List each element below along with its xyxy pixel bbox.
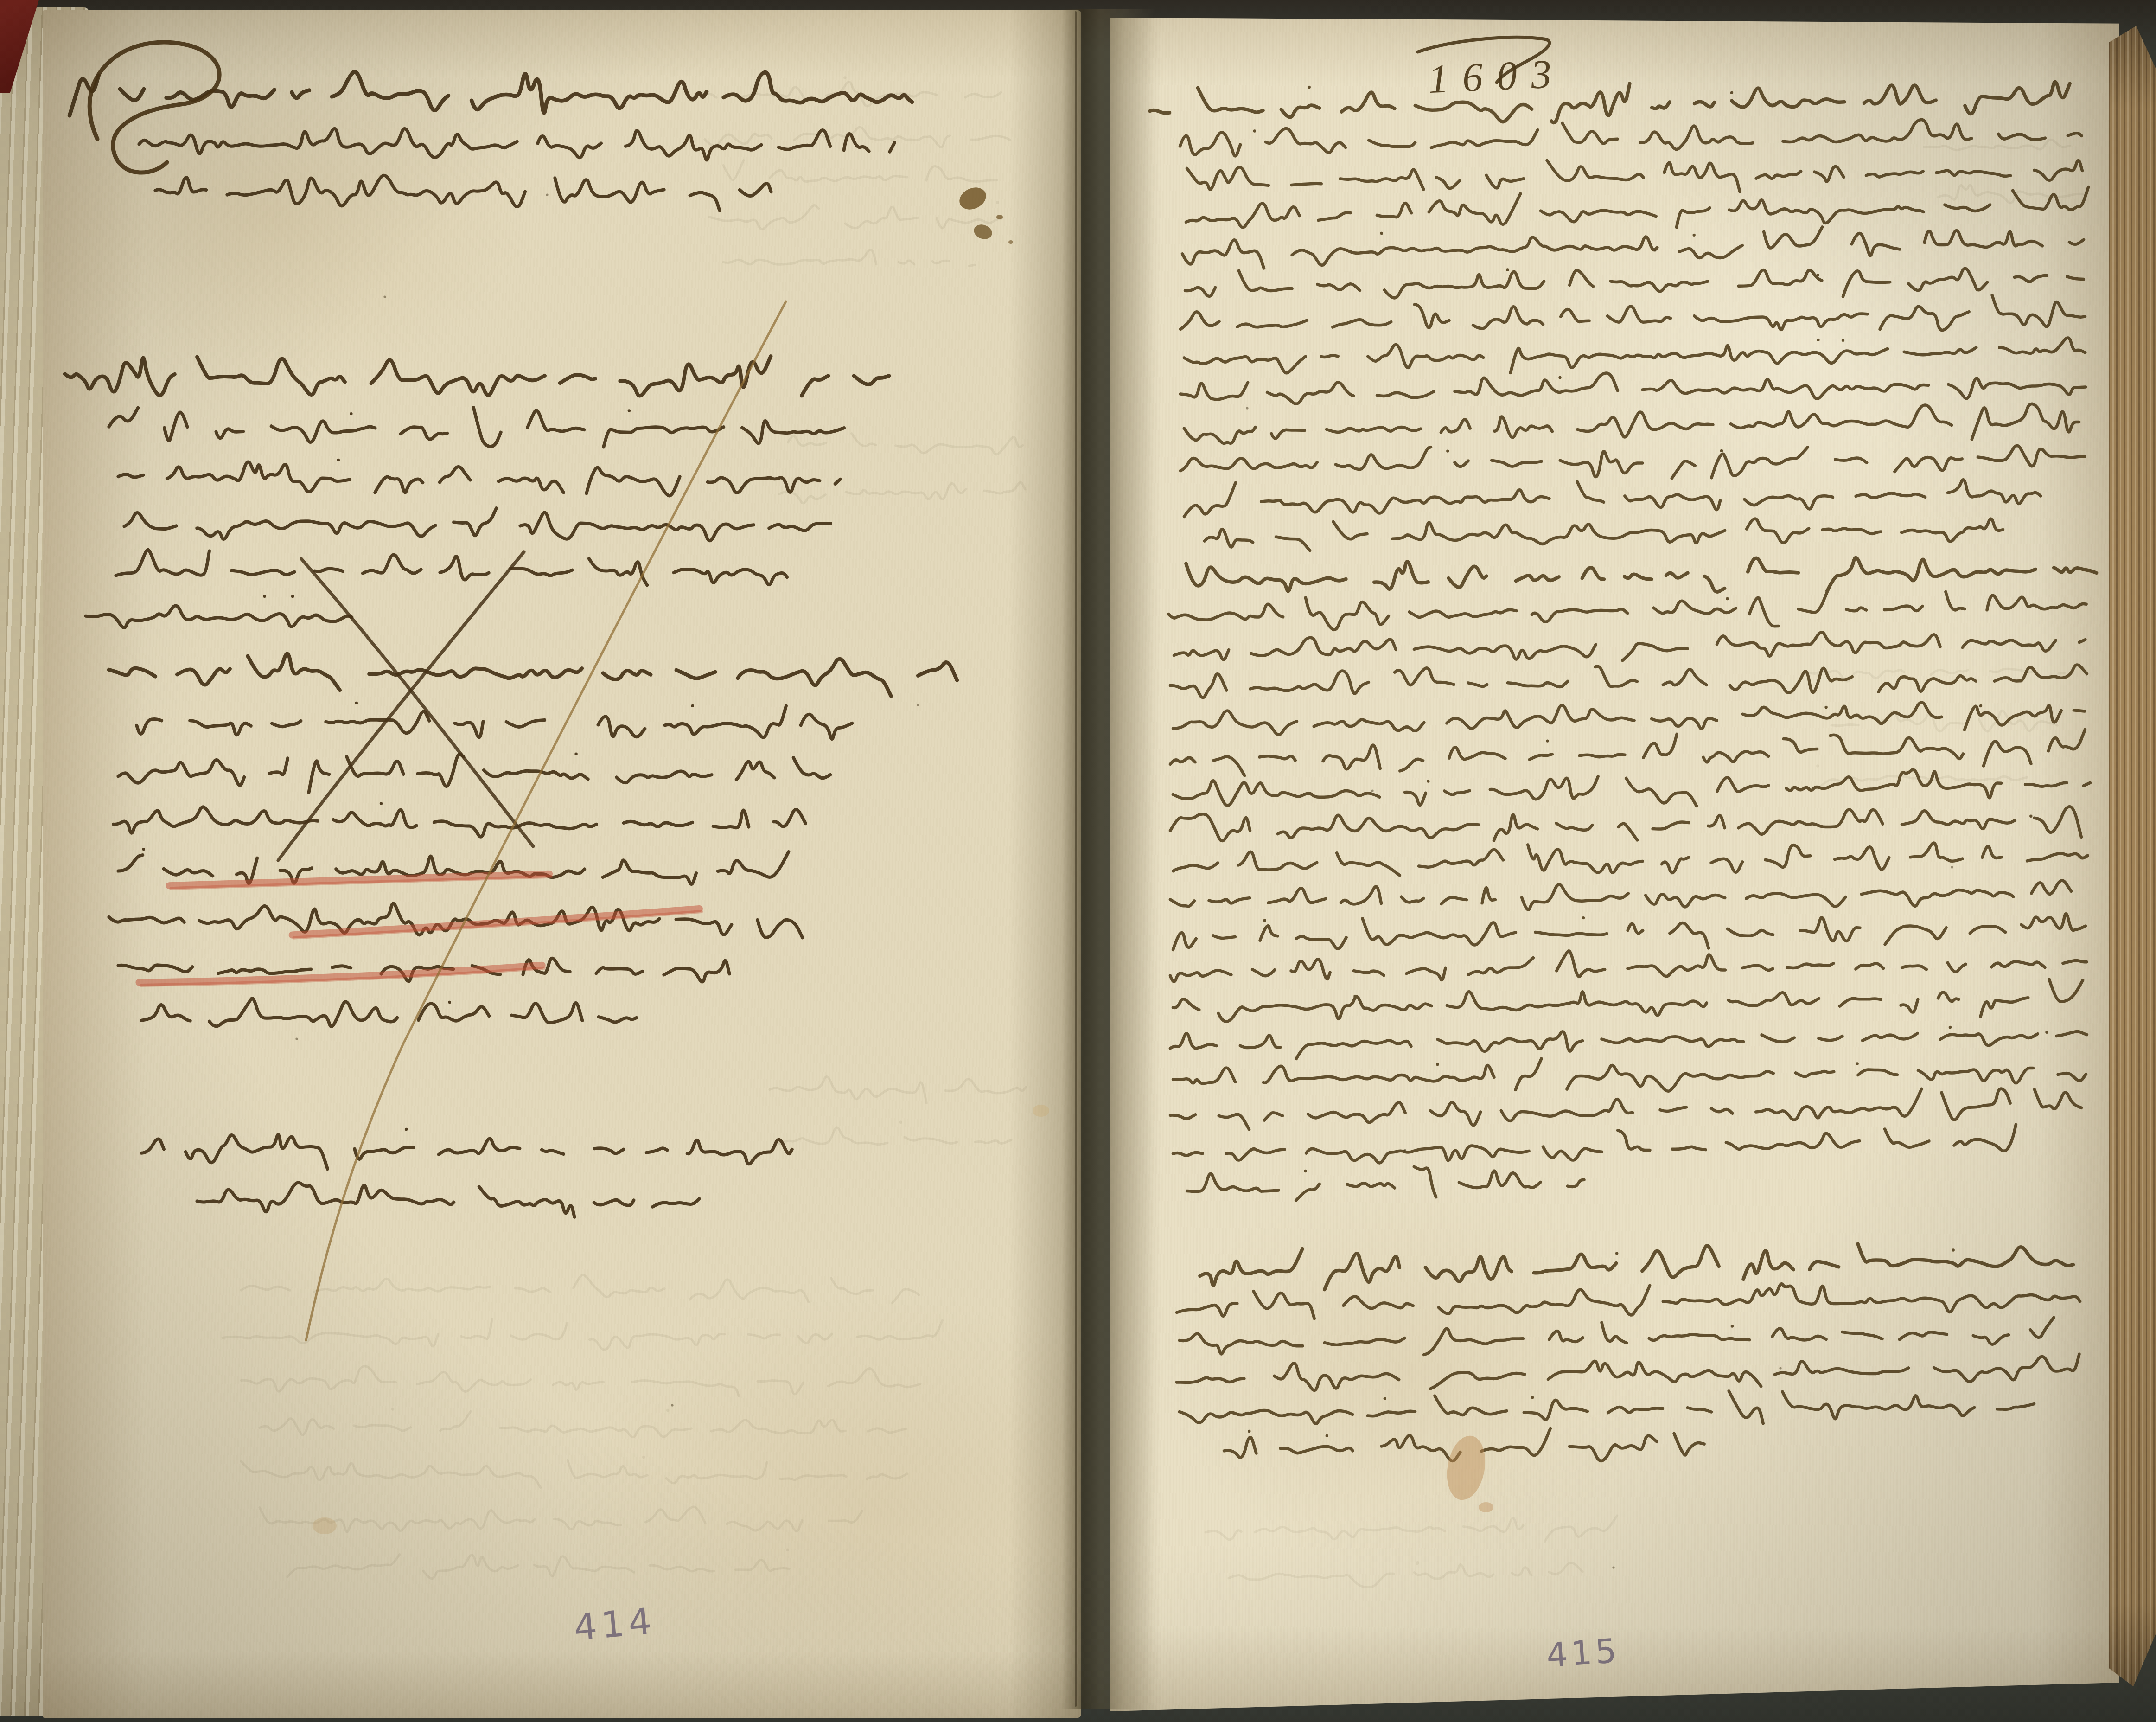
manuscript-line <box>1578 412 1713 437</box>
diacritic-dot <box>1506 268 1509 271</box>
manuscript-line <box>440 1411 471 1431</box>
diacritic-dot <box>1326 1434 1328 1437</box>
manuscript-line <box>1414 645 1596 659</box>
manuscript-photograph: 1603 414 415 Letha 1603 <box>0 0 2156 1722</box>
manuscript-line <box>1611 281 1708 291</box>
diacritic-dot <box>1952 1248 1955 1251</box>
manuscript-line <box>650 1565 714 1571</box>
diacritic-dot <box>786 1548 789 1551</box>
manuscript-line <box>1711 859 1742 872</box>
manuscript-line <box>1170 674 1226 698</box>
manuscript-line <box>1569 1436 1657 1461</box>
right-page-number: 415 <box>1545 1631 1621 1675</box>
diacritic-dot <box>899 1121 902 1124</box>
diacritic-dot <box>291 595 294 598</box>
manuscript-line <box>2034 160 2082 180</box>
manuscript-line <box>440 557 489 580</box>
manuscript-line <box>1414 1564 1493 1579</box>
manuscript-line <box>774 809 805 826</box>
manuscript-line <box>1970 926 2005 933</box>
manuscript-line <box>1560 451 1642 477</box>
manuscript-line <box>241 1366 396 1391</box>
manuscript-line <box>260 1419 334 1435</box>
manuscript-line <box>1902 966 1926 969</box>
manuscript-line <box>1766 845 1811 867</box>
manuscript-line <box>1528 845 1642 873</box>
manuscript-line <box>708 478 819 493</box>
manuscript-line <box>1925 230 2042 247</box>
manuscript-line <box>1652 718 1717 729</box>
ink-blot <box>996 215 1003 219</box>
manuscript-line <box>1549 1331 1583 1342</box>
manuscript-line <box>1429 194 1520 224</box>
manuscript-line <box>1973 1335 2009 1344</box>
manuscript-line <box>1306 598 1389 630</box>
manuscript-line <box>1677 208 1710 227</box>
manuscript-line <box>1995 665 2087 681</box>
manuscript-line <box>598 717 645 737</box>
manuscript-line <box>1784 739 1817 752</box>
manuscript-line <box>1296 1184 1320 1200</box>
manuscript-line <box>418 754 464 786</box>
manuscript-line <box>1219 1114 1249 1129</box>
manuscript-line <box>363 555 421 573</box>
manuscript-line <box>1731 405 1952 428</box>
manuscript-line <box>1180 458 1317 471</box>
manuscript-line <box>779 492 826 503</box>
manuscript-line <box>2054 568 2097 573</box>
manuscript-line <box>1541 211 1656 222</box>
manuscript-line <box>1987 595 2086 610</box>
manuscript-line <box>975 1140 1011 1143</box>
manuscript-line <box>210 999 397 1027</box>
manuscript-line <box>314 1279 490 1292</box>
manuscript-line <box>1494 417 1552 438</box>
manuscript-line <box>1879 676 1976 692</box>
manuscript-line <box>1884 606 1922 611</box>
manuscript-line <box>355 1147 414 1159</box>
paper-speck <box>1612 1566 1614 1568</box>
manuscript-line <box>857 1320 942 1339</box>
manuscript-line <box>1198 88 1263 112</box>
manuscript-line <box>1602 1323 1627 1343</box>
manuscript-line <box>1945 205 1990 211</box>
paper-speck <box>917 704 919 706</box>
manuscript-line <box>1595 666 1637 687</box>
manuscript-line <box>1218 997 1432 1022</box>
manuscript-line <box>1327 427 1421 432</box>
manuscript-line <box>1894 457 1962 472</box>
manuscript-line <box>1392 522 1725 544</box>
manuscript-line <box>1224 1437 1256 1457</box>
manuscript-line <box>401 427 447 439</box>
manuscript-line <box>1468 683 1487 686</box>
manuscript-line <box>852 434 876 446</box>
manuscript-line <box>118 855 143 871</box>
manuscript-line <box>770 170 907 181</box>
manuscript-line <box>1628 924 1643 934</box>
manuscript-line <box>1808 670 1904 681</box>
manuscript-line <box>1377 203 1411 217</box>
cross-out-stroke-2 <box>278 552 524 860</box>
manuscript-line <box>1291 959 1330 979</box>
manuscript-line <box>1444 791 1469 795</box>
manuscript-line <box>1508 681 1568 687</box>
manuscript-line <box>454 508 497 536</box>
diacritic-dot <box>380 802 383 805</box>
manuscript-line <box>1642 1246 1719 1277</box>
diacritic-dot <box>1446 449 1449 452</box>
manuscript-line <box>1292 184 1321 185</box>
diacritic-dot <box>263 595 266 598</box>
manuscript-line <box>1449 747 1505 759</box>
manuscript-line <box>1182 240 1264 268</box>
manuscript-line <box>574 1275 664 1297</box>
manuscript-line <box>1318 213 1350 220</box>
manuscript-line <box>164 869 213 876</box>
manuscript-line <box>1254 1291 1314 1319</box>
diacritic-dot <box>391 1408 394 1410</box>
manuscript-line <box>1344 1297 1413 1309</box>
manuscript-line <box>1652 102 1670 109</box>
manuscript-line <box>1170 970 1231 981</box>
manuscript-line <box>1532 609 1627 622</box>
manuscript-line <box>1340 170 1424 190</box>
manuscript-line <box>1177 1304 1237 1316</box>
manuscript-line <box>893 1289 919 1303</box>
manuscript-line <box>1447 705 1634 729</box>
manuscript-line <box>1827 558 2035 591</box>
manuscript-line <box>724 72 912 102</box>
manuscript-line <box>1831 735 1963 759</box>
diacritic-dot <box>405 1128 408 1131</box>
manuscript-line <box>723 250 876 265</box>
manuscript-line <box>1264 1113 1282 1120</box>
manuscript-line <box>1347 1184 1395 1188</box>
manuscript-line <box>770 1077 926 1103</box>
manuscript-line <box>1991 961 2045 967</box>
manuscript-line <box>553 1382 604 1390</box>
manuscript-line <box>1997 1404 2034 1409</box>
manuscript-line <box>1618 1130 1650 1150</box>
paper-speck <box>546 193 548 196</box>
manuscript-line <box>1534 1254 1617 1273</box>
manuscript-line <box>828 1369 920 1387</box>
diacritic-dot <box>642 1456 645 1459</box>
manuscript-line <box>1180 133 1240 156</box>
manuscript-line <box>846 483 966 499</box>
manuscript-line <box>419 1004 489 1021</box>
manuscript-line <box>1354 971 1384 975</box>
ink-blot <box>1033 1105 1049 1117</box>
manuscript-line <box>223 1333 438 1346</box>
manuscript-line <box>248 654 340 690</box>
manuscript-line <box>1314 719 1424 730</box>
manuscript-line <box>1900 1332 1947 1339</box>
manuscript-line <box>1708 815 1725 828</box>
manuscript-line <box>1695 102 1715 107</box>
manuscript-line <box>1679 245 1742 258</box>
paper-speck <box>671 1404 673 1406</box>
manuscript-line <box>594 1200 634 1205</box>
manuscript-line <box>1240 1035 1280 1048</box>
manuscript-line <box>1607 306 1671 322</box>
manuscript-line <box>500 1426 691 1437</box>
manuscript-line <box>1978 446 2085 466</box>
manuscript-line <box>1455 373 1618 396</box>
manuscript-line <box>260 1508 535 1532</box>
manuscript-line <box>2013 187 2088 210</box>
manuscript-line <box>1341 92 1395 112</box>
manuscript-line <box>542 1150 564 1154</box>
diacritic-dot <box>1531 1396 1534 1399</box>
handwriting-layer <box>0 0 2156 1722</box>
manuscript-line <box>1783 120 1971 142</box>
manuscript-line <box>1407 968 1446 980</box>
manuscript-line <box>1880 307 1969 330</box>
manuscript-line <box>1654 601 1736 614</box>
diacritic-dot <box>2029 815 2032 818</box>
manuscript-line <box>1174 650 1229 659</box>
manuscript-line <box>945 1079 1026 1093</box>
manuscript-line <box>1369 140 1415 147</box>
manuscript-line <box>2059 673 2065 674</box>
manuscript-line <box>1972 404 2079 439</box>
manuscript-line <box>2049 979 2083 1001</box>
manuscript-line <box>801 714 852 739</box>
manuscript-line <box>829 1511 862 1523</box>
manuscript-line <box>1739 270 1822 286</box>
manuscript-line <box>1516 576 1559 581</box>
manuscript-line <box>2035 1089 2081 1109</box>
manuscript-line <box>315 569 343 571</box>
manuscript-line <box>1384 272 1544 298</box>
manuscript-line <box>1843 271 1890 296</box>
manuscript-line <box>1186 563 1346 591</box>
manuscript-line <box>1885 926 1946 945</box>
manuscript-line <box>1562 123 1617 144</box>
manuscript-line <box>835 479 840 484</box>
manuscript-line <box>1856 963 1884 969</box>
manuscript-line <box>1663 669 1707 685</box>
manuscript-line <box>520 512 754 541</box>
manuscript-line <box>1910 843 1962 861</box>
manuscript-line <box>1948 480 2041 504</box>
manuscript-line <box>664 960 729 982</box>
manuscript-line <box>2063 960 2086 963</box>
manuscript-line <box>1368 345 1483 368</box>
diacritic-dot <box>1615 1252 1618 1255</box>
manuscript-line <box>1184 483 1236 517</box>
manuscript-line <box>528 410 584 431</box>
manuscript-line <box>1561 309 1589 322</box>
manuscript-line <box>626 130 762 160</box>
diacritic-dot <box>996 201 999 204</box>
manuscript-line <box>1439 1286 1650 1315</box>
manuscript-line <box>109 408 138 427</box>
manuscript-line <box>1292 237 1658 265</box>
manuscript-line <box>1180 1410 1352 1424</box>
manuscript-line <box>139 128 517 157</box>
manuscript-line <box>844 134 869 152</box>
manuscript-line <box>937 218 1002 228</box>
manuscript-line <box>590 1334 725 1350</box>
manuscript-line <box>185 1135 327 1169</box>
manuscript-line <box>1341 887 1381 904</box>
manuscript-line <box>1395 668 1454 685</box>
manuscript-line <box>1170 758 1195 764</box>
manuscript-line <box>1981 998 2028 1017</box>
manuscript-line <box>1810 1261 1839 1269</box>
manuscript-line <box>1184 357 1306 373</box>
manuscript-line <box>1170 900 1194 907</box>
paper-specks <box>295 193 1953 1568</box>
manuscript-line <box>375 477 423 493</box>
manuscript-line <box>484 770 588 779</box>
manuscript-line <box>1501 1099 1633 1121</box>
manuscript-line <box>1948 378 2086 398</box>
manuscript-line <box>137 719 162 734</box>
manuscript-line <box>1625 574 1652 579</box>
manuscript-line <box>1401 897 1423 903</box>
diacritic-dot <box>1731 1325 1734 1327</box>
manuscript-line <box>232 570 294 575</box>
manuscript-line <box>1747 519 1809 543</box>
manuscript-line <box>1271 430 1305 438</box>
manuscript-line <box>1622 644 1687 661</box>
manuscript-line <box>218 969 311 973</box>
paper-speck <box>295 1037 298 1040</box>
left-ghost-text <box>223 76 1026 1579</box>
manuscript-line <box>713 810 749 828</box>
manuscript-line <box>1229 1574 1394 1587</box>
ink-blot <box>313 1517 337 1534</box>
manuscript-line <box>1170 1114 1195 1119</box>
manuscript-line <box>1711 447 1807 478</box>
manuscript-line <box>646 1507 706 1523</box>
manuscript-line <box>1749 598 1778 627</box>
manuscript-line <box>899 261 914 264</box>
manuscript-line <box>868 1428 906 1433</box>
manuscript-line <box>1455 461 1468 467</box>
manuscript-line <box>1885 1129 1929 1147</box>
manuscript-line <box>1251 638 1396 656</box>
manuscript-line <box>1226 1149 1285 1160</box>
diacritic-dot <box>1558 376 1561 379</box>
diacritic-dot <box>1856 1062 1858 1065</box>
manuscript-line <box>287 1555 400 1577</box>
manuscript-line <box>2034 807 2081 837</box>
manuscript-line <box>1545 1516 1617 1542</box>
manuscript-line <box>594 1148 624 1153</box>
manuscript-line <box>1173 933 1196 950</box>
manuscript-line <box>1938 992 1958 1001</box>
manuscript-line <box>1982 846 2002 858</box>
manuscript-line <box>890 143 894 152</box>
manuscript-line <box>1937 171 2010 176</box>
manuscript-line <box>653 1199 700 1207</box>
manuscript-line <box>1173 711 1297 735</box>
manuscript-line <box>1840 999 1881 1006</box>
diacritic-dot <box>1416 1562 1418 1565</box>
manuscript-line <box>2058 1073 2086 1081</box>
manuscript-line <box>905 1137 957 1143</box>
manuscript-line <box>498 478 563 493</box>
manuscript-line <box>1901 999 1918 1012</box>
manuscript-line <box>1492 461 1541 467</box>
manuscript-line <box>1473 307 1543 328</box>
manuscript-line <box>371 360 545 395</box>
manuscript-line <box>1904 347 1977 355</box>
manuscript-line <box>674 569 787 584</box>
manuscript-line <box>1901 519 2003 542</box>
manuscript-line <box>439 1139 520 1154</box>
manuscript-line <box>1308 1102 1405 1122</box>
diacritic-dot <box>1817 274 1819 276</box>
manuscript-line <box>241 1286 290 1291</box>
manuscript-line <box>1430 1102 1480 1125</box>
manuscript-line <box>1436 178 1460 188</box>
manuscript-line <box>740 184 772 196</box>
manuscript-line <box>1748 558 1799 573</box>
manuscript-line <box>1325 1338 1404 1345</box>
manuscript-line <box>1998 134 2045 140</box>
diacritic-dot <box>1353 995 1356 998</box>
manuscript-line <box>690 192 720 211</box>
manuscript-line <box>1177 1378 1244 1383</box>
manuscript-line <box>109 917 184 922</box>
right-ink-text <box>1150 82 2097 1461</box>
manuscript-line <box>417 1372 531 1391</box>
manuscript-line <box>332 72 448 110</box>
manuscript-line <box>1363 919 1516 945</box>
manuscript-line <box>512 1003 582 1023</box>
manuscript-line <box>932 261 950 263</box>
manuscript-line <box>779 1127 887 1145</box>
manuscript-line <box>1743 1251 1793 1279</box>
manuscript-line <box>1608 1407 1663 1413</box>
diacritic-dot <box>1842 339 1844 342</box>
manuscript-line <box>793 758 830 778</box>
manuscript-line <box>1306 1146 1529 1163</box>
paper-speck <box>383 295 386 298</box>
manuscript-line <box>926 166 997 181</box>
ink-blot <box>1008 240 1013 244</box>
manuscript-line <box>1643 379 1928 399</box>
manuscript-line <box>1419 850 1503 867</box>
manuscript-line <box>1902 811 2015 829</box>
manuscript-line <box>971 136 1010 140</box>
manuscript-line <box>1694 314 1867 330</box>
manuscript-line <box>1448 566 1486 587</box>
paper-speck <box>1951 866 1953 868</box>
ink-blot <box>972 222 994 242</box>
diacritic-dot <box>1949 1026 1952 1029</box>
ink-blot <box>1479 1502 1493 1512</box>
manuscript-line <box>1549 1563 1582 1574</box>
left-page-number: 414 <box>572 1600 657 1649</box>
manuscript-line <box>1400 759 1423 771</box>
diacritic-dot <box>2045 1031 2048 1034</box>
diacritic-dot <box>1582 916 1585 919</box>
manuscript-line <box>723 160 744 180</box>
manuscript-line <box>1619 824 1638 840</box>
manuscript-line <box>423 1555 518 1579</box>
manuscript-line <box>1704 576 1724 592</box>
manuscript-line <box>1582 568 1604 579</box>
manuscript-line <box>1746 893 1845 906</box>
manuscript-line <box>1438 1031 1582 1051</box>
